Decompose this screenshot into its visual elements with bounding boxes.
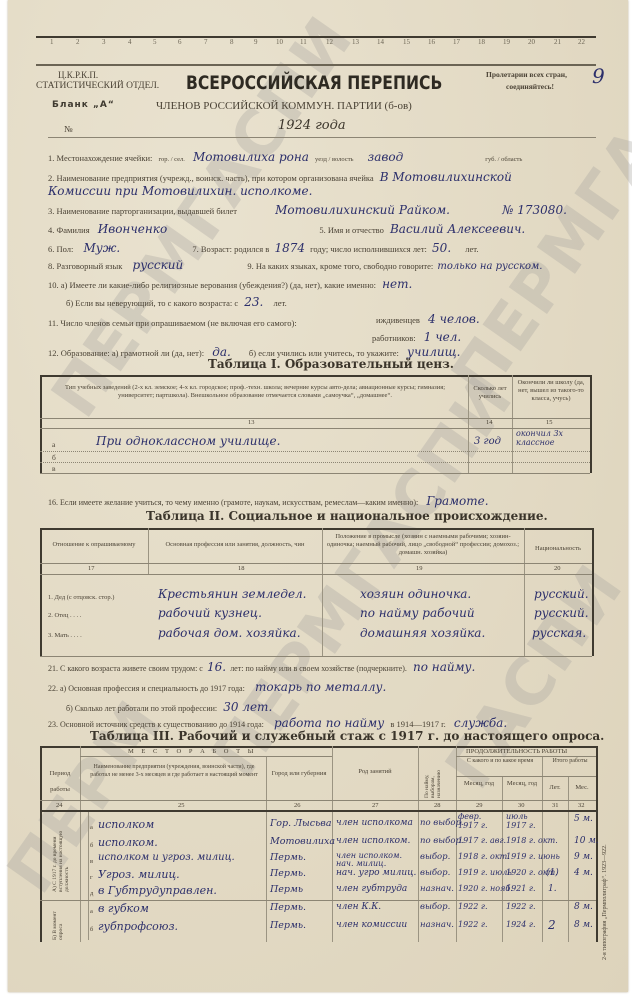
job-basis: выбор. xyxy=(420,852,450,862)
col31-header: Лет. xyxy=(544,784,566,792)
job-from: 1922 г. xyxy=(458,902,488,911)
q21-age: 16. xyxy=(207,660,226,674)
q10b-row: б) Если вы неверующий, то с какого возра… xyxy=(66,295,287,309)
job-from: 1917 г. авг. xyxy=(458,836,506,845)
q1-value-city: Мотовилиха рона xyxy=(193,150,309,164)
col20-header: Национальность xyxy=(526,545,590,553)
job-from: февр. 1917 г. xyxy=(458,812,502,830)
col19-header: Положение в промысле (хозяин с наемными … xyxy=(326,533,520,557)
job-city: Пермь. xyxy=(270,902,306,913)
job-place: исполком и угроз. милиц. xyxy=(98,852,235,863)
col28-header: По найму, выборам, назначению xyxy=(424,758,442,798)
job-occupation: нач. угро милиц. xyxy=(336,868,416,878)
table1-title: Таблица I. Образовательный ценз. xyxy=(208,357,454,371)
col24-header: Период работы xyxy=(42,766,78,797)
slogan-line1: Пролетарии всех стран, xyxy=(486,70,567,79)
q22a-value: токарь по металлу. xyxy=(255,680,386,694)
census-year: 1924 года xyxy=(278,118,346,133)
edu-finished: окончил 3х классное xyxy=(516,430,590,448)
job-basis: выбор. xyxy=(420,868,450,878)
job-place: Угроз. милиц. xyxy=(98,868,180,881)
q21-row: 21. С какого возраста живете своим трудо… xyxy=(48,660,475,674)
number-label: № xyxy=(64,124,73,134)
q8-q9-row: 8. Разговорный язык русский 9. На каких … xyxy=(48,258,542,272)
mother-nationality: русская. xyxy=(532,626,586,640)
job-city: Пермь xyxy=(270,884,303,895)
job-from: 1920 г. нояб. xyxy=(458,884,513,893)
q23-value2: служба. xyxy=(454,716,507,730)
q22a-row: 22. а) Основная профессия и специальност… xyxy=(48,680,386,694)
q22b-row: б) Сколько лет работали по этой професси… xyxy=(66,700,272,714)
table3-title: Таблица III. Рабочий и служебный стаж с … xyxy=(90,729,604,743)
q7-age: 50. xyxy=(432,241,451,255)
col15-header: Окончили ли школу (да, нет, вышел из так… xyxy=(514,379,588,403)
form-subtitle: ЧЛЕНОВ РОССИЙСКОЙ КОММУН. ПАРТИИ (б-ов) xyxy=(156,100,412,112)
total-subheader: Итого работы xyxy=(546,758,594,766)
col18-header: Основная профессия или занятия, должност… xyxy=(154,538,316,551)
col26-header: Город или губерния xyxy=(270,766,328,782)
job-to: 1919 г. июнь xyxy=(506,852,560,861)
job-from: 1919 г. июль xyxy=(458,868,512,877)
q11-dependents-value: 4 челов. xyxy=(428,312,480,326)
q3-ticket: № 173080. xyxy=(502,203,567,217)
q9-value: только на русском. xyxy=(437,261,542,272)
group-duration-header: ПРОДОЛЖИТЕЛЬНОСТЬ РАБОТЫ xyxy=(466,748,567,755)
job-place: в губком xyxy=(98,902,149,915)
grandfather-profession: Крестьянин земледел. xyxy=(158,587,307,601)
job-place: губпрофсоюз. xyxy=(98,920,178,933)
job-to: 1921 г. xyxy=(506,884,536,893)
ruler-bottom-line xyxy=(36,64,596,66)
page-number: 9 xyxy=(592,64,605,88)
job-months: 10 м. xyxy=(574,836,599,846)
q21-value: по найму. xyxy=(413,660,475,674)
col27-header: Род занятий xyxy=(336,768,414,776)
q5-value: Василий Алексеевич. xyxy=(390,222,525,236)
org-line1: Ц.К.Р.К.П. xyxy=(58,70,98,80)
job-months: 5 м. xyxy=(574,814,593,824)
job-city: Пермь. xyxy=(270,852,306,863)
q10a-value: нет. xyxy=(382,277,412,291)
col32-header: Мес. xyxy=(570,784,594,792)
col17-header: Отношение к опрашиваемому xyxy=(44,538,144,551)
father-position: по найму рабочий xyxy=(360,606,475,620)
q23-value1: работа по найму xyxy=(274,716,384,730)
q3-value: Мотовилихинский Райком. xyxy=(275,203,450,217)
census-form-page: ПЕРМГАСПИ ПЕРМГАСПИ ПЕРМГАСПИ ГАСПИ ПЕРМ… xyxy=(8,0,628,992)
job-occupation: член губтруда xyxy=(336,884,407,894)
q3-row: 3. Наименование парторганизации, выдавше… xyxy=(48,203,567,217)
q4-value: Ивонченко xyxy=(98,222,167,236)
q2-continuation: Комиссии при Мотовилихин. исполкоме. xyxy=(48,184,312,198)
job-years: 1. xyxy=(548,884,557,894)
job-months: 9 м. xyxy=(574,852,593,862)
col14-header: Сколько лет учились xyxy=(470,385,510,401)
q11-workers-value: 1 чел. xyxy=(424,330,461,344)
table2-title: Таблица II. Социальное и национальное пр… xyxy=(146,509,548,523)
printer-imprint: 2-я типография „Пермполиграф“. 1923—922. xyxy=(602,740,608,960)
q22b-value: 30 лет. xyxy=(223,700,272,714)
q10b-value: 23. xyxy=(244,295,263,309)
q4-q5-row: 4. Фамилия Ивонченко 5. Имя и отчество В… xyxy=(48,222,525,236)
ruler-top-line xyxy=(36,36,596,38)
job-from: 1918 г. окт. xyxy=(458,852,510,861)
edu-years: 3 год xyxy=(474,436,501,447)
group-place-header: М Е С Т О Р А Б О Т Ы xyxy=(128,748,256,755)
mother-profession: рабочая дом. хозяйка. xyxy=(158,626,301,640)
job-from: 1922 г. xyxy=(458,920,488,929)
org-line2: СТАТИСТИЧЕСКИЙ ОТДЕЛ. xyxy=(36,81,159,91)
job-city: Гор. Лысьва xyxy=(270,818,331,829)
q23-row: 23. Основной источник средств к существо… xyxy=(48,716,507,730)
q2-value-a: В Мотовилихинской xyxy=(380,170,512,184)
q1-value-place: завод xyxy=(368,150,404,164)
q2-row: 2. Наименование предприятия (учрежд., во… xyxy=(48,170,512,184)
grandfather-nationality: русский. xyxy=(534,587,589,601)
job-months: 8 м. xyxy=(574,902,593,912)
job-to: июль 1917 г. xyxy=(506,812,542,830)
q16-value: Грамоте. xyxy=(426,494,488,508)
job-city: Пермь. xyxy=(270,920,306,931)
period-a-label: А) С 1917 г. до времени вступления на на… xyxy=(52,818,70,892)
job-to: 1924 г. xyxy=(506,920,536,929)
q8-value: русский xyxy=(133,258,184,272)
job-months: 8 м. xyxy=(574,920,593,930)
father-nationality: русский. xyxy=(534,606,589,620)
job-basis: назнач. xyxy=(420,884,454,894)
job-place: в Губтрудуправлен. xyxy=(98,884,217,897)
job-months: 4 м. xyxy=(574,868,593,878)
job-occupation: член К.К. xyxy=(336,902,381,912)
period-b-label: Б) В момент опроса xyxy=(52,896,64,940)
job-place: исполком xyxy=(98,818,154,831)
job-to: 1918 г. окт. xyxy=(506,836,558,845)
q11-row: 11. Число членов семьи при опрашиваемом … xyxy=(48,318,297,328)
job-occupation: член исполком. xyxy=(336,836,410,846)
mother-position: домашняя хозяйка. xyxy=(360,626,485,640)
col25-header: Наименование предприятия (учреждения, во… xyxy=(88,764,260,779)
job-basis: назнач. xyxy=(420,920,454,930)
q6-value: Муж. xyxy=(84,241,121,255)
slogan-line2: соединяйтесь! xyxy=(506,82,554,91)
form-title: ВСЕРОССИЙСКАЯ ПЕРЕПИСЬ xyxy=(186,72,442,94)
job-years: 2 xyxy=(548,918,556,932)
edu-type: При одноклассном училище. xyxy=(96,434,280,448)
q11-workers: работников: 1 чел. xyxy=(372,330,461,344)
job-city: Мотовилиха xyxy=(270,836,335,847)
job-city: Пермь. xyxy=(270,868,306,879)
col30-header: Месяц, год xyxy=(504,780,540,788)
job-occupation: член комиссии xyxy=(336,920,407,930)
q16-row: 16. Если имеете желание учиться, то чему… xyxy=(48,494,489,508)
from-to-subheader: С какого и по какое время xyxy=(460,758,540,766)
q1-row: 1. Местонахождение ячейки: гор. / сел. М… xyxy=(48,150,522,164)
job-basis: выбор. xyxy=(420,902,450,912)
grandfather-position: хозяин одиночка. xyxy=(360,587,471,601)
q11-dependents: иждивенцев 4 челов. xyxy=(376,312,480,326)
father-profession: рабочий кузнец. xyxy=(158,606,262,620)
q2-value-b: Комиссии при Мотовилихин. исполкоме. xyxy=(48,184,312,198)
job-place: исполком. xyxy=(98,836,158,849)
q6-q7-row: 6. Пол: Муж. 7. Возраст: родился в 1874 … xyxy=(48,241,478,255)
q7-year: 1874 xyxy=(274,241,305,255)
job-years: (1) xyxy=(546,868,559,878)
blank-label: Бланк „А“ xyxy=(52,100,115,110)
col29-header: Месяц, год xyxy=(458,780,500,788)
header-divider xyxy=(48,137,596,138)
col13-header: Тип учебных заведений (2-х кл. земское; … xyxy=(48,384,462,400)
job-occupation: член исполкома xyxy=(336,818,413,828)
q10a-row: 10. а) Имеете ли какие-либо религиозные … xyxy=(48,277,412,291)
job-to: 1922 г. xyxy=(506,902,536,911)
job-occupation: член исполком. нач. милиц. xyxy=(336,852,418,868)
